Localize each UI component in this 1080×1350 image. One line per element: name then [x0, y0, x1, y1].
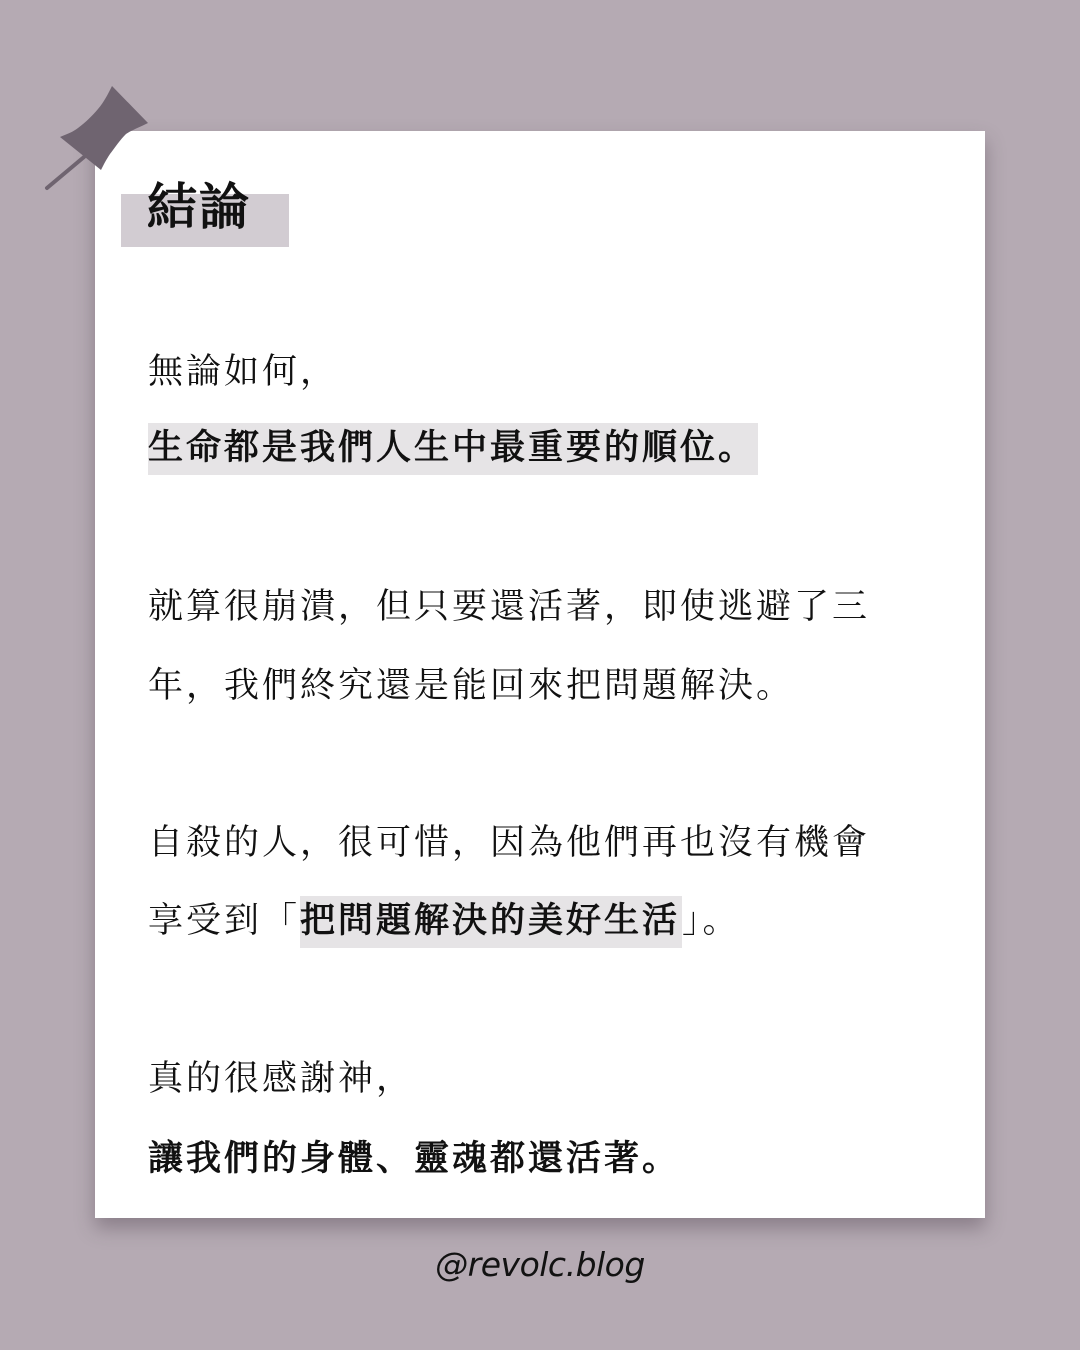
- page-title: 結論: [147, 174, 251, 240]
- content-card: 結論 無論如何， 生命都是我們人生中最重要的順位。 就算很崩潰，但只要還活著，即…: [95, 131, 985, 1218]
- pushpin-icon: [40, 80, 160, 200]
- paragraph-1-line-1: 無論如何，: [148, 352, 928, 392]
- paragraph-2-line-2: 年，我們終究還是能回來把問題解決。: [148, 666, 928, 706]
- highlighted-emphasis: 把問題解決的美好生活: [300, 896, 682, 948]
- quote-suffix: 」。: [682, 901, 741, 941]
- paragraph-3-line-1: 自殺的人，很可惜，因為他們再也沒有機會: [148, 823, 928, 863]
- blog-handle: @revolc.blog: [0, 1245, 1080, 1284]
- paragraph-4-line-1: 真的很感謝神，: [148, 1059, 928, 1099]
- highlighted-text: 生命都是我們人生中最重要的順位。: [148, 423, 758, 475]
- paragraph-2-line-1: 就算很崩潰，但只要還活著，即使逃避了三: [148, 587, 928, 627]
- paragraph-3-line-2: 享受到「把問題解決的美好生活」。: [148, 901, 928, 941]
- paragraph-4-line-2: 讓我們的身體、靈魂都還活著。: [148, 1139, 928, 1179]
- quote-prefix: 享受到「: [148, 901, 300, 941]
- paragraph-1-line-2: 生命都是我們人生中最重要的順位。: [148, 428, 928, 468]
